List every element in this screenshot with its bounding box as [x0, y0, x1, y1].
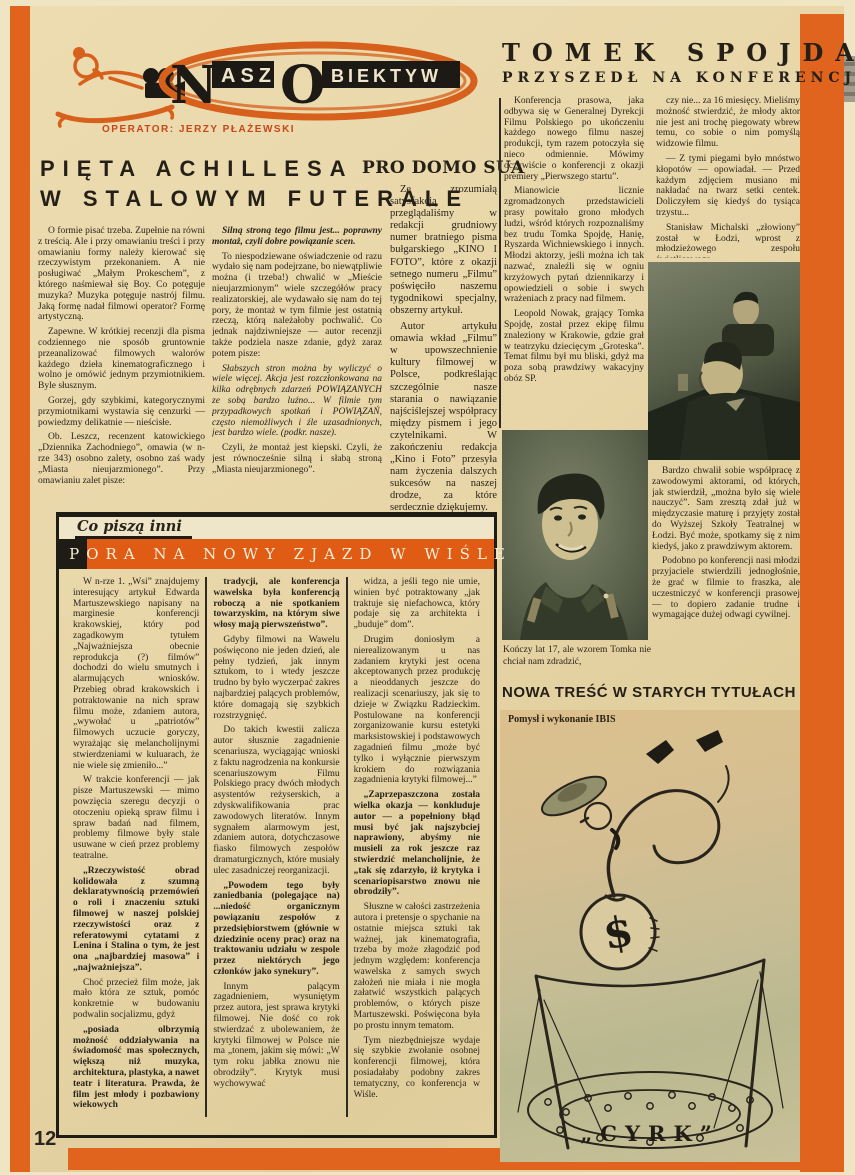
magazine-page: { "page": { "number": "12" }, "colors": …: [0, 0, 855, 1175]
paragraph: Gdyby filmowi na Wawelu poświęcono nie j…: [213, 635, 339, 721]
acrobat-body: [612, 791, 719, 863]
circus-cartoon-illustration: $: [500, 710, 800, 1162]
tomek-title: TOMEK SPOJDA: [502, 38, 855, 67]
paragraph: O formie pisać trzeba. Zupełnie na równi…: [38, 226, 205, 323]
quoted-paragraph: „posiada olbrzymią możność oddziaływania…: [73, 1025, 199, 1111]
paragraph: Słuszne w całości zastrzeżenia autora i …: [354, 902, 480, 1032]
column-rule: [499, 98, 501, 428]
logo-letter-n: N: [170, 55, 218, 116]
paragraph: Podobno po konferencji nasi młodzi przyj…: [652, 556, 800, 621]
right-orange-border: [800, 14, 844, 1172]
paragraph: Tym niezbędniejsze wydaje się szybkie zw…: [354, 1036, 480, 1101]
paragraph: Innym palącym zagadnieniem, wysuniętym p…: [213, 982, 339, 1090]
tomek-column-2-bottom: Bardzo chwalił sobie współpracę z zawodo…: [652, 466, 800, 662]
paragraph: Stanisław Michalski „złowiony” został w …: [656, 223, 800, 258]
co-pisza-inni-tab: Co piszą inni: [75, 518, 192, 539]
pro-domo-column: Ze zrozumiałą satysfakcją przeglądaliśmy…: [390, 184, 497, 512]
paragraph: W n-rze 1. „Wsi” znajdujemy interesujący…: [73, 577, 199, 771]
tomek-column-1: Konferencja prasowa, jaka odbywa się w G…: [504, 96, 644, 428]
paragraph: Leopold Nowak, grający Tomka Spojdę, zos…: [504, 309, 644, 385]
paragraph: Autor artykułu omawia wkład „Filmu” w up…: [390, 321, 497, 512]
paragraph: Czyli, że montaż jest kiepski. Czyli, że…: [212, 443, 382, 475]
nowa-tresc-title: NOWA TREŚĆ W STARYCH TYTUŁACH: [502, 684, 796, 701]
paragraph: Bardzo chwalił sobie współpracę z zawodo…: [652, 466, 800, 552]
box-columns: W n-rze 1. „Wsi” znajdujemy interesujący…: [59, 569, 494, 1121]
quoted-paragraph: „Rzeczywistość obrad kolidowała z szumną…: [73, 866, 199, 974]
paragraph: Ob. Leszcz, recenzent katowickiego „Dzie…: [38, 432, 205, 486]
acrobat-boot: [696, 730, 723, 752]
quoted-paragraph: Słabszych stron można by wyliczyć o wiel…: [212, 364, 382, 440]
paragraph: czy nie... za 16 miesięcy. Mieliśmy możn…: [656, 96, 800, 150]
operator-credit: OPERATOR: JERZY PŁAŻEWSKI: [102, 124, 295, 135]
paragraph: W trakcie konferencji — jak pisze Martus…: [73, 775, 199, 861]
paragraph: Zapewne. W krótkiej recenzji dla pisma c…: [38, 327, 205, 392]
box-header-row: Co piszą inni: [59, 517, 494, 539]
nasz-obiektyw-masthead: N ASZ O BIEKTYW: [50, 36, 480, 128]
paragraph: Ze zrozumiałą satysfakcją przeglądaliśmy…: [390, 184, 497, 317]
achilles-column-2: Silną stroną tego filmu jest... poprawny…: [212, 226, 382, 510]
wisla-column-1: W n-rze 1. „Wsi” znajdujemy interesujący…: [67, 577, 205, 1117]
logo-letter-o: O: [280, 55, 325, 116]
acrobat-boot: [646, 740, 674, 764]
tomek-column-2-top: czy nie... za 16 miesięcy. Mieliśmy możn…: [656, 96, 800, 258]
quoted-paragraph: Silną stroną tego filmu jest... poprawny…: [212, 226, 382, 248]
paragraph: Drugim doniosłym a nierealizowanym u nas…: [354, 635, 480, 786]
paragraph: — Z tymi piegami było mnóstwo kłopotów —…: [656, 154, 800, 219]
photo-press-conference: [648, 262, 800, 460]
paragraph: To niespodziewane oświadczenie od razu w…: [212, 252, 382, 360]
achilles-column-1: O formie pisać trzeba. Zupełnie na równi…: [38, 226, 205, 510]
paragraph: Konferencja prasowa, jaka odbywa się w G…: [504, 96, 644, 182]
zjazd-banner: PORA NA NOWY ZJAZD W WIŚLE: [87, 539, 494, 569]
photo-leopold-nowak: [502, 430, 648, 640]
logo-text-biektyw: BIEKTYW: [331, 66, 442, 86]
cartoon-credit: Pomysł i wykonanie IBIS: [508, 714, 616, 725]
circus-cartoon-panel: Pomysł i wykonanie IBIS: [500, 710, 800, 1162]
quoted-paragraph: „Powodem tego były zaniedbania (polegają…: [213, 881, 339, 978]
wisla-column-3: widza, a jeśli tego nie umie, winien być…: [348, 577, 486, 1117]
left-orange-border: [10, 6, 30, 1172]
paragraph: Choć przecież film może, jak mało która …: [73, 978, 199, 1021]
headline-achilles-line1: PIĘTA ACHILLESA: [40, 156, 354, 182]
paragraph: Do takich kwestii zalicza autor słusznie…: [213, 725, 339, 876]
paragraph: widza, a jeśli tego nie umie, winien być…: [354, 577, 480, 631]
logo-text-asz: ASZ: [221, 65, 276, 87]
paragraph: Mianowicie licznie zgromadzonych przedst…: [504, 186, 644, 305]
banner-row: PORA NA NOWY ZJAZD W WIŚLE: [59, 539, 494, 569]
cyrk-label: „CYRK”: [500, 1121, 800, 1146]
wisla-column-2: tradycji, ale konferencja wawelska była …: [207, 577, 345, 1117]
acrobat-head: [585, 803, 611, 829]
co-pisza-inni-box: Co piszą inni PORA NA NOWY ZJAZD W WIŚLE…: [56, 512, 497, 1138]
quoted-paragraph: „Zaprzepaszczona została wielka okazja —…: [354, 790, 480, 898]
paragraph: Gorzej, gdy szybkimi, kategorycznymi prz…: [38, 396, 205, 428]
quoted-paragraph: tradycji, ale konferencja wawelska była …: [213, 577, 339, 631]
photo-boy-caption: Kończy lat 17, ale wzorem Tomka nie chci…: [503, 644, 651, 668]
tomek-subtitle: PRZYSZEDŁ NA KONFERENCJĘ: [502, 70, 855, 86]
page-number: 12: [34, 1128, 56, 1151]
